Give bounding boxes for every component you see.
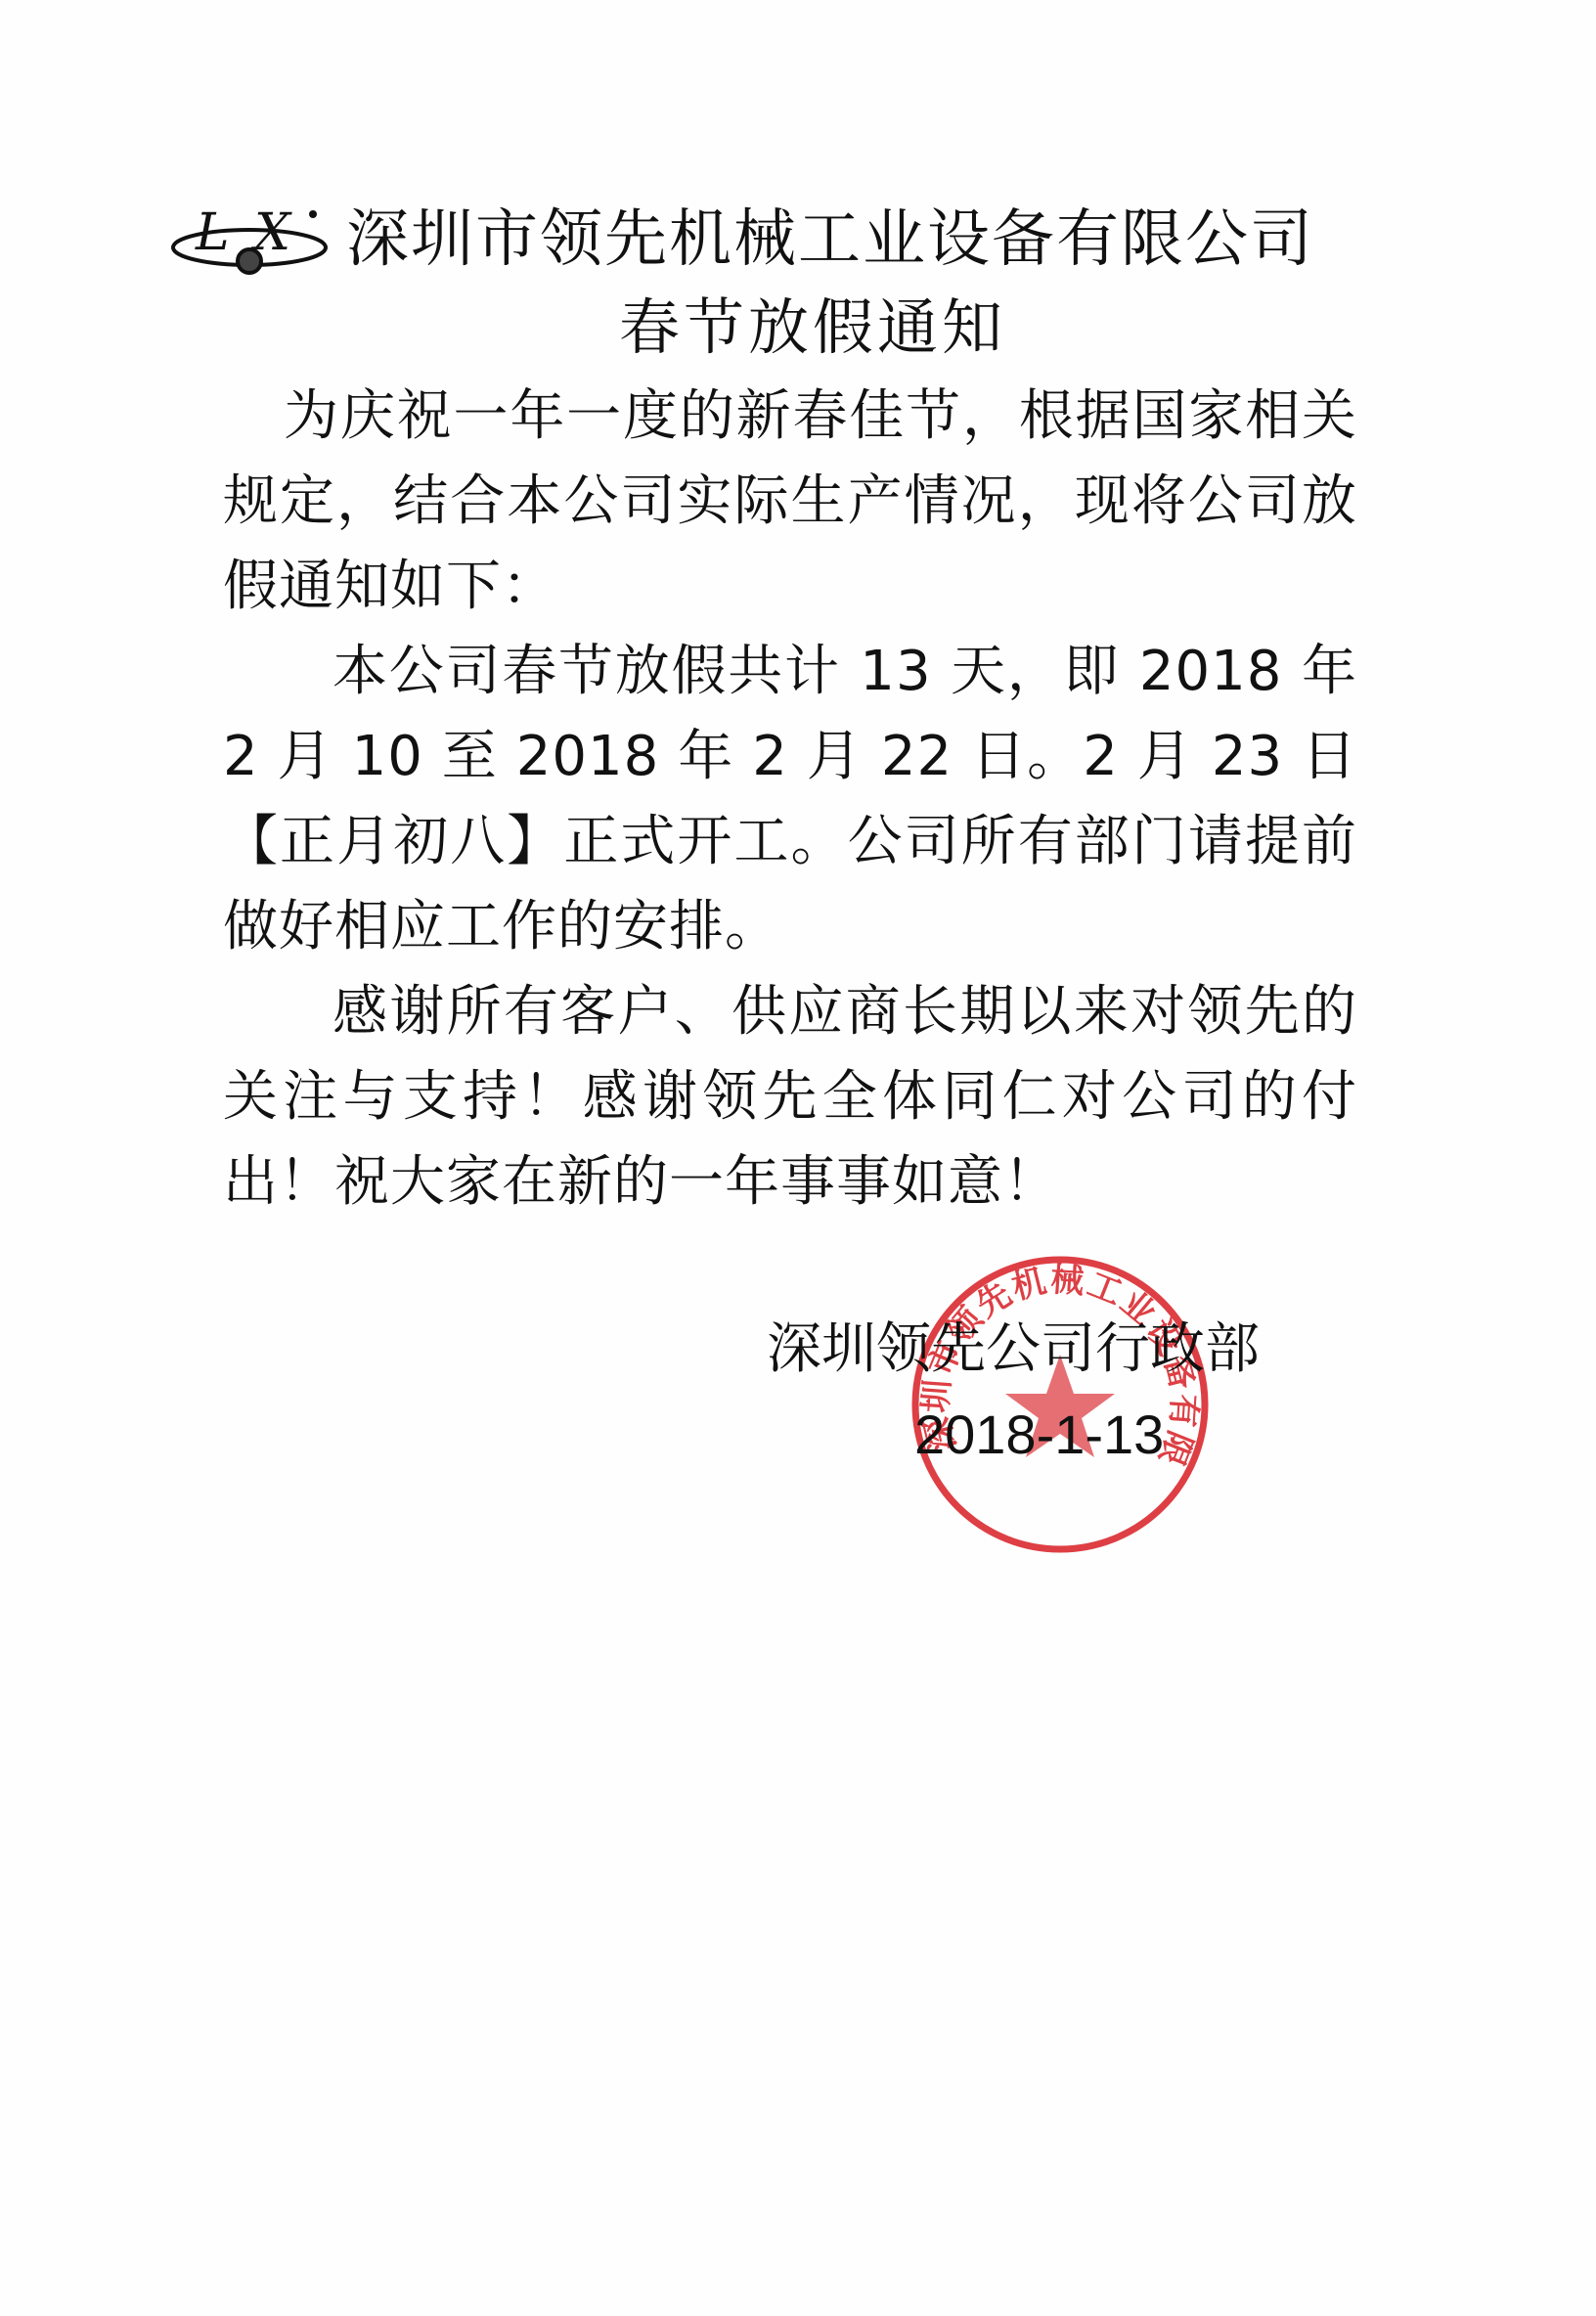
signature-date: 2018-1-13 bbox=[914, 1401, 1164, 1469]
letterhead: L X 深圳市领先机械工业设备有限公司 bbox=[166, 196, 1314, 284]
svg-text:L: L bbox=[195, 203, 230, 262]
document-page: L X 深圳市领先机械工业设备有限公司 春节放假通知 为庆祝一年一度的新春佳节，… bbox=[0, 0, 1596, 2316]
signature-department: 深圳领先公司行政部 bbox=[767, 1311, 1260, 1389]
paragraph-holiday-dates: 本公司春节放假共计 13 天，即 2018 年 2 月 10 至 2018 年 … bbox=[223, 629, 1357, 969]
company-name: 深圳市领先机械工业设备有限公司 bbox=[346, 196, 1314, 284]
notice-body: 为庆祝一年一度的新春佳节，根据国家相关规定，结合本公司实际生产情况，现将公司放假… bbox=[223, 374, 1357, 1225]
paragraph-thanks: 感谢所有客户、供应商长期以来对领先的关注与支持！感谢领先全体同仁对公司的付出！祝… bbox=[223, 969, 1357, 1225]
notice-title: 春节放假通知 bbox=[0, 284, 1596, 372]
paragraph-intro: 为庆祝一年一度的新春佳节，根据国家相关规定，结合本公司实际生产情况，现将公司放假… bbox=[223, 374, 1357, 629]
company-logo-icon: L X bbox=[166, 200, 332, 279]
